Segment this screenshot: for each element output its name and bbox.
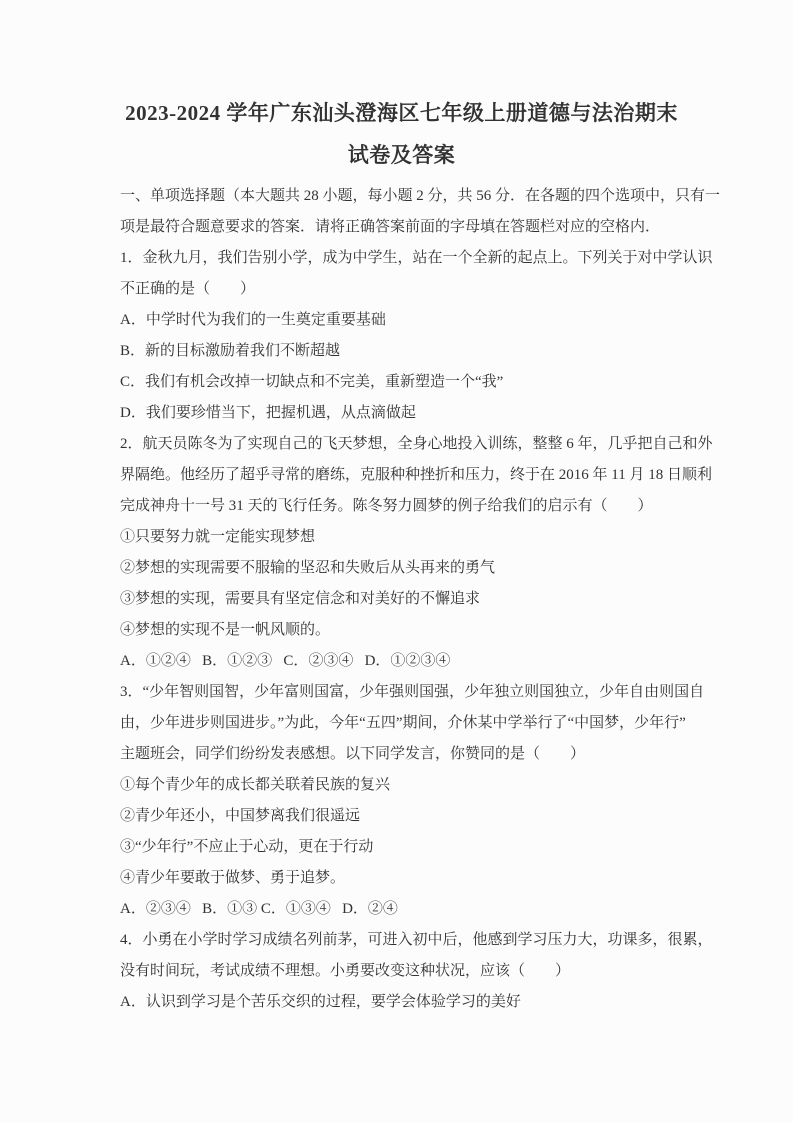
text-line: A．中学时代为我们的一生奠定重要基础: [120, 305, 683, 336]
text-line: 界隔绝。他经历了超乎寻常的磨练，克服种种挫折和压力，终于在 2016 年 11 …: [120, 460, 683, 491]
text-line: D．我们要珍惜当下，把握机遇，从点滴做起: [120, 398, 683, 429]
title-line: 2023-2024 学年广东汕头澄海区七年级上册道德与法治期末: [120, 92, 683, 134]
text-line: 主题班会，同学们纷纷发表感想。以下同学发言，你赞同的是（ ）: [120, 739, 683, 770]
title-line: 试卷及答案: [120, 134, 683, 176]
document-title: 2023-2024 学年广东汕头澄海区七年级上册道德与法治期末 试卷及答案: [120, 92, 683, 176]
text-line: ④青少年要敢于做梦、勇于追梦。: [120, 863, 683, 894]
text-line: ②青少年还小，中国梦离我们很遥远: [120, 801, 683, 832]
text-line: 1．金秋九月，我们告别小学，成为中学生，站在一个全新的起点上。下列关于对中学认识: [120, 243, 683, 274]
text-line: 4．小勇在小学时学习成绩名列前茅，可进入初中后，他感到学习压力大，功课多，很累，: [120, 925, 683, 956]
text-line: B．新的目标激励着我们不断超越: [120, 336, 683, 367]
text-line: ①每个青少年的成长都关联着民族的复兴: [120, 770, 683, 801]
text-line: 由，少年进步则国进步。”为此，今年“五四”期间，介休某中学举行了“中国梦，少年行…: [120, 708, 683, 739]
text-line: ③“少年行”不应止于心动，更在于行动: [120, 832, 683, 863]
text-line: C．我们有机会改掉一切缺点和不完美，重新塑造一个“我”: [120, 367, 683, 398]
text-line: A．②③④ B．①③ C．①③④ D．②④: [120, 894, 683, 925]
text-line: A．①②④ B．①②③ C．②③④ D．①②③④: [120, 646, 683, 677]
text-line: 项是最符合题意要求的答案．请将正确答案前面的字母填在答题栏对应的空格内．: [120, 212, 683, 243]
text-line: 不正确的是（ ）: [120, 274, 683, 305]
text-line: ③梦想的实现，需要具有坚定信念和对美好的不懈追求: [120, 584, 683, 615]
text-line: A．认识到学习是个苦乐交织的过程，要学会体验学习的美好: [120, 987, 683, 1018]
text-line: ①只要努力就一定能实现梦想: [120, 522, 683, 553]
text-line: ②梦想的实现需要不服输的坚忍和失败后从头再来的勇气: [120, 553, 683, 584]
text-line: 3．“少年智则国智，少年富则国富，少年强则国强，少年独立则国独立，少年自由则国自: [120, 677, 683, 708]
document-page: 2023-2024 学年广东汕头澄海区七年级上册道德与法治期末 试卷及答案 一、…: [0, 0, 793, 1122]
text-line: 一、单项选择题（本大题共 28 小题，每小题 2 分，共 56 分．在各题的四个…: [120, 181, 683, 212]
text-line: 没有时间玩，考试成绩不理想。小勇要改变这种状况，应该（ ）: [120, 956, 683, 987]
text-line: 完成神舟十一号 31 天的飞行任务。陈冬努力圆梦的例子给我们的启示有（ ）: [120, 491, 683, 522]
text-line: 2．航天员陈冬为了实现自己的飞天梦想，全身心地投入训练，整整 6 年，几乎把自己…: [120, 429, 683, 460]
text-line: ④梦想的实现不是一帆风顺的。: [120, 615, 683, 646]
document-body: 一、单项选择题（本大题共 28 小题，每小题 2 分，共 56 分．在各题的四个…: [120, 181, 683, 1018]
